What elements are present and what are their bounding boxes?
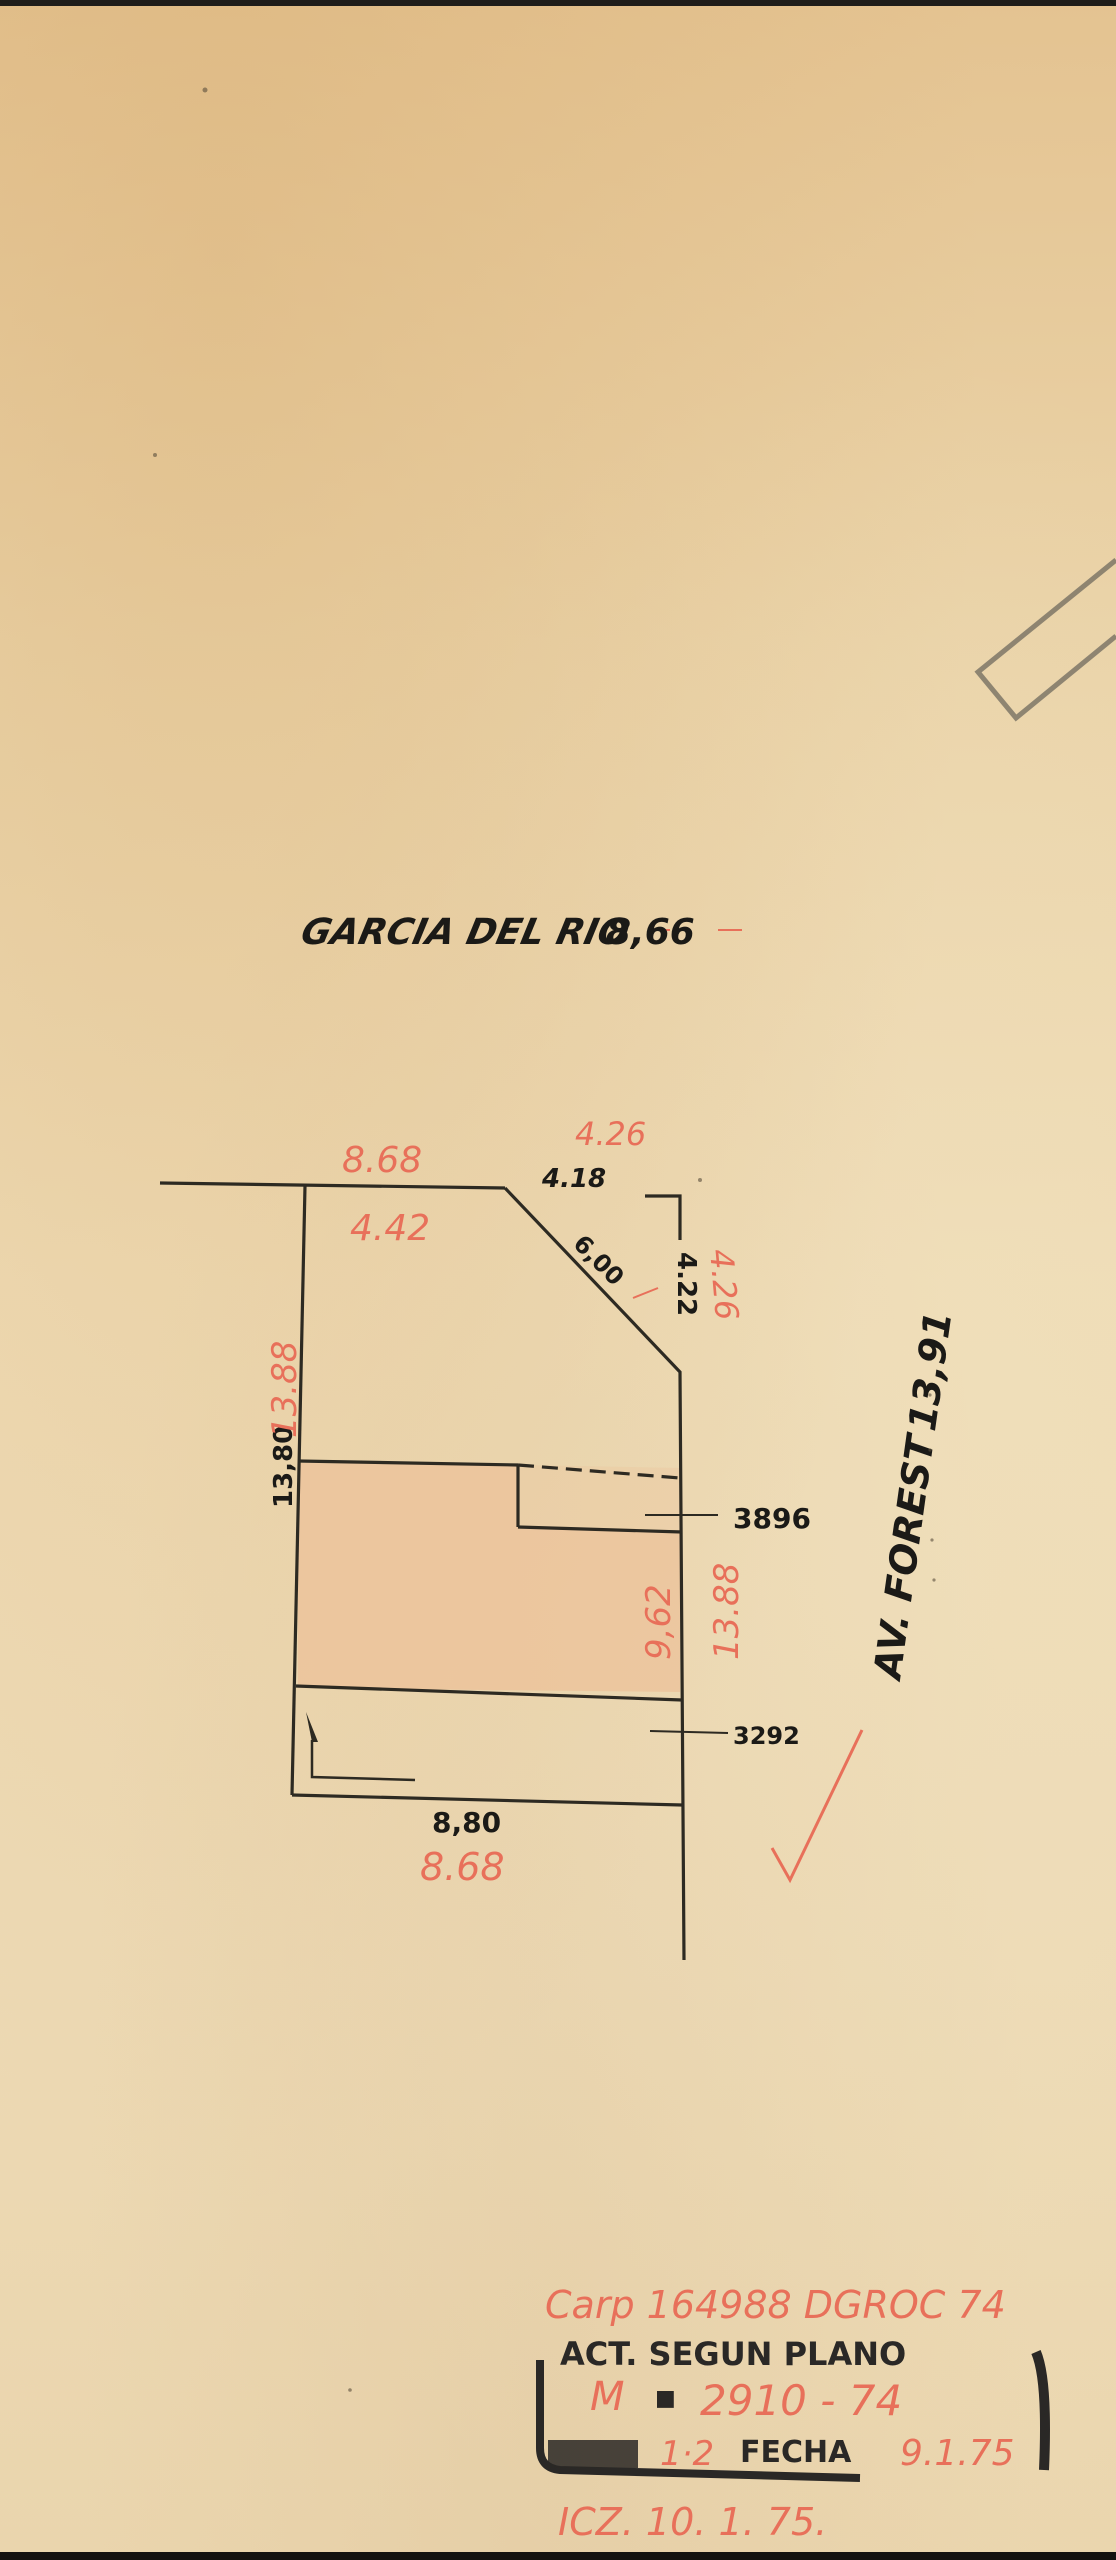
dim-chamfer-side-black: 4.22 bbox=[671, 1252, 701, 1316]
dim-chamfer-diagonal: 6,00 bbox=[568, 1229, 630, 1291]
stamp-line3-prefix: M bbox=[590, 2374, 625, 2420]
dim-right-red: 13.88 bbox=[707, 1563, 747, 1660]
dim-chamfer-side-red: 4.26 bbox=[702, 1247, 746, 1321]
street-garcia-del-rio: GARCIA DEL RIO bbox=[297, 910, 633, 953]
dim-inner-red: 9,62 bbox=[639, 1584, 679, 1660]
street-right-frontage: 13,91 bbox=[900, 1309, 960, 1434]
stamp-handwritten-line4-right: 9.1.75 bbox=[900, 2433, 1015, 2474]
stamp-printed-fecha: FECHA bbox=[740, 2435, 852, 2470]
dim-top-red-lower: 4.42 bbox=[350, 1208, 430, 1249]
paper-specks bbox=[153, 88, 936, 2392]
stamp-handwritten-line1: Carp 164988 DGROC 74 bbox=[545, 2283, 1006, 2327]
north-arrow-icon bbox=[306, 1712, 318, 1742]
dim-bottom-red: 8.68 bbox=[420, 1845, 505, 1889]
street-av-forest: AV. FOREST bbox=[865, 1430, 943, 1685]
dim-bottom-black: 8,80 bbox=[432, 1806, 501, 1839]
check-mark-icon bbox=[772, 1730, 862, 1880]
parcel-number-upper: 3896 bbox=[733, 1502, 811, 1535]
stamp-handwritten-line5: ICZ. 10. 1. 75. bbox=[558, 2500, 827, 2544]
stray-rectangle-mark bbox=[978, 560, 1116, 718]
dim-left-red: 13.88 bbox=[265, 1341, 305, 1438]
stamp-handwritten-line4-left: 1·2 bbox=[660, 2434, 714, 2474]
update-stamp: Carp 164988 DGROC 74 ACT. SEGUN PLANO M … bbox=[540, 2283, 1045, 2544]
dim-chamfer-top-black: 4.18 bbox=[541, 1164, 606, 1194]
dim-chamfer-top-red: 4.26 bbox=[575, 1115, 646, 1153]
street-top-frontage: 8,66 bbox=[606, 912, 695, 953]
stamp-handwritten-line3: 2910 - 74 bbox=[700, 2376, 902, 2425]
hatched-built-area bbox=[298, 1463, 680, 1692]
lot-plan-drawing: GARCIA DEL RIO 8,66 AV. FOREST 13,91 8.6… bbox=[0, 0, 1116, 2560]
stamp-n-mark: ■ bbox=[655, 2386, 676, 2411]
dim-top-red-upper: 8.68 bbox=[342, 1140, 422, 1181]
stamp-printed-line2: ACT. SEGUN PLANO bbox=[560, 2335, 906, 2373]
parcel-number-lower: 3292 bbox=[733, 1722, 800, 1750]
